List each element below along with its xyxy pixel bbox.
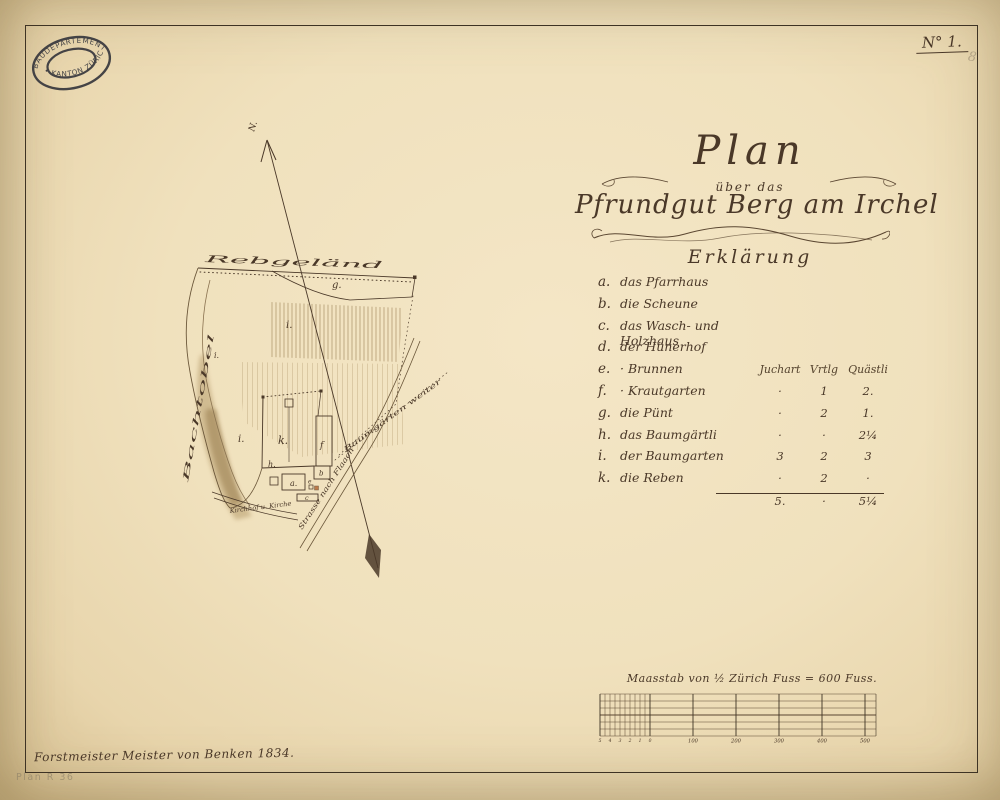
legend-value: · [758, 406, 802, 420]
legend-letter: i. [598, 448, 620, 464]
small-structure-d [270, 477, 278, 485]
legend-name: das Baumgärtli [620, 427, 758, 442]
corner-marker [413, 276, 417, 280]
legend-total-row: 5. · 5¼ [598, 494, 890, 514]
legend-value: · [802, 428, 846, 442]
legend-value: · [758, 384, 802, 398]
corner-marker [320, 390, 323, 393]
legend-name: das Pfarrhaus [620, 274, 758, 289]
svg-text:400: 400 [816, 739, 828, 745]
legend-value: 2 [802, 449, 846, 463]
title-plan: Plan [640, 128, 860, 174]
svg-text:300: 300 [774, 739, 785, 745]
building-label-a: a. [290, 479, 297, 488]
total-vrtlg: · [802, 494, 846, 508]
parcel-g-boundary [272, 271, 412, 300]
legend-row-e: e. · Brunnen Juchart Vrtlg Quästli [598, 361, 890, 383]
legend-name: der Baumgarten [620, 448, 758, 463]
legend-value: 1 [802, 384, 846, 398]
legend-name: die Pünt [620, 405, 758, 420]
scale-major-labels: 100 200 300 400 500 [688, 739, 871, 745]
svg-text:5: 5 [599, 738, 602, 744]
legend-value: · [758, 428, 802, 442]
north-label: N. [247, 120, 260, 134]
legend-letter: g. [598, 405, 620, 421]
map-drawing: N. Rebgeländ g. Bachtobel Baumgärten wei… [150, 110, 460, 600]
legend-row-d: d. der Hünerhof [598, 339, 890, 361]
svg-text:4: 4 [608, 738, 612, 744]
scale-horizontal-lines [600, 694, 876, 736]
pencil-archive-note: Plan R 36 [16, 772, 74, 783]
parcel-g-east-edge [412, 278, 415, 297]
legend-value: 2. [846, 384, 890, 398]
legend-letter: k. [598, 470, 620, 486]
north-arrow-head [261, 140, 276, 162]
legend-letter: a. [598, 274, 620, 290]
svg-text:0: 0 [649, 738, 652, 744]
field-name-rebgelaend: Rebgeländ [201, 254, 383, 271]
legend-letter: f. [598, 383, 620, 399]
svg-text:1: 1 [639, 738, 642, 744]
svg-text:3: 3 [619, 738, 622, 744]
scale-caption: Maasstab von ½ Zürich Fuss = 600 Fuss. [612, 672, 892, 685]
legend-value: · [758, 471, 802, 485]
scale-minor-labels: 5 4 3 2 1 0 [599, 738, 652, 744]
folio-number: N° 1. [916, 32, 968, 54]
total-juchart: 5. [758, 494, 802, 508]
legend-letter: d. [598, 339, 620, 355]
legend-value: · [846, 471, 890, 485]
slope-hatching-upper [270, 302, 402, 362]
column-header-vrtlg: Vrtlg [802, 363, 846, 376]
building-label-c: c [305, 494, 309, 502]
legend-letter: h. [598, 427, 620, 443]
north-arrow-fletch [365, 534, 381, 578]
parcel-label-h: h. [268, 460, 276, 469]
label-e-brunnen: e [308, 479, 312, 486]
legend-value: 2 [802, 471, 846, 485]
legend-row-h: h. das Baumgärtli · · 2¼ [598, 427, 890, 449]
svg-text:200: 200 [730, 739, 742, 745]
paper-sheet: BAUDEPARTEMENT • KANTON ZÜRICH • N° 1. 8… [0, 0, 1000, 800]
legend-value: 3 [846, 449, 890, 463]
legend-row-i: i. der Baumgarten 3 2 3 [598, 448, 890, 470]
legend-letter: b. [598, 296, 620, 312]
legend-row-k: k. die Reben · 2 · [598, 470, 890, 492]
legend-value: 1. [846, 406, 890, 420]
legend-value: 3 [758, 449, 802, 463]
tiny-structure [309, 485, 313, 489]
legend-name: · Brunnen [620, 361, 758, 376]
legend-letter: c. [598, 318, 620, 334]
total-quaestli: 5¼ [846, 494, 890, 508]
svg-text:2: 2 [628, 738, 632, 744]
legend-name: · Krautgarten [620, 383, 758, 398]
svg-text:500: 500 [860, 739, 871, 745]
legend-row-a: a. das Pfarrhaus [598, 274, 890, 296]
legend-value: 2 [802, 406, 846, 420]
tiny-structure-red [315, 486, 319, 490]
svg-text:100: 100 [688, 739, 699, 745]
parcel-label-g: g. [332, 280, 342, 291]
legend-name: der Hünerhof [620, 339, 758, 354]
legend-table: a. das Pfarrhaus b. die Scheune c. das W… [598, 274, 890, 514]
building-label-b: b [319, 470, 324, 478]
legend-row-f: f. · Krautgarten · 1 2. [598, 383, 890, 405]
legend-value: 2¼ [846, 428, 890, 442]
legend-row-g: g. die Pünt · 2 1. [598, 405, 890, 427]
legend-row-b: b. die Scheune [598, 296, 890, 318]
column-header-juchart: Juchart [758, 363, 802, 376]
legend-letter: e. [598, 361, 620, 377]
parcel-label-i-left: i. [214, 351, 219, 360]
legend-name: die Scheune [620, 296, 758, 311]
corner-marker [262, 396, 265, 399]
legend-row-c: c. das Wasch- und Holzhaus [598, 318, 890, 340]
scale-bar: 5 4 3 2 1 0 100 200 300 400 500 [598, 690, 878, 748]
legend-name: die Reben [620, 470, 758, 485]
parcel-label-i-lower: i. [238, 434, 244, 445]
boundary-north-ticks [200, 272, 413, 282]
parcel-label-k: k. [278, 434, 288, 447]
title-main: Pfrundgut Berg am Irchel [575, 190, 905, 220]
section-heading-erklaerung: Erklärung [655, 246, 845, 268]
column-header-quaestli: Quästli [846, 363, 890, 376]
parcel-label-i-top: i. [286, 320, 292, 331]
